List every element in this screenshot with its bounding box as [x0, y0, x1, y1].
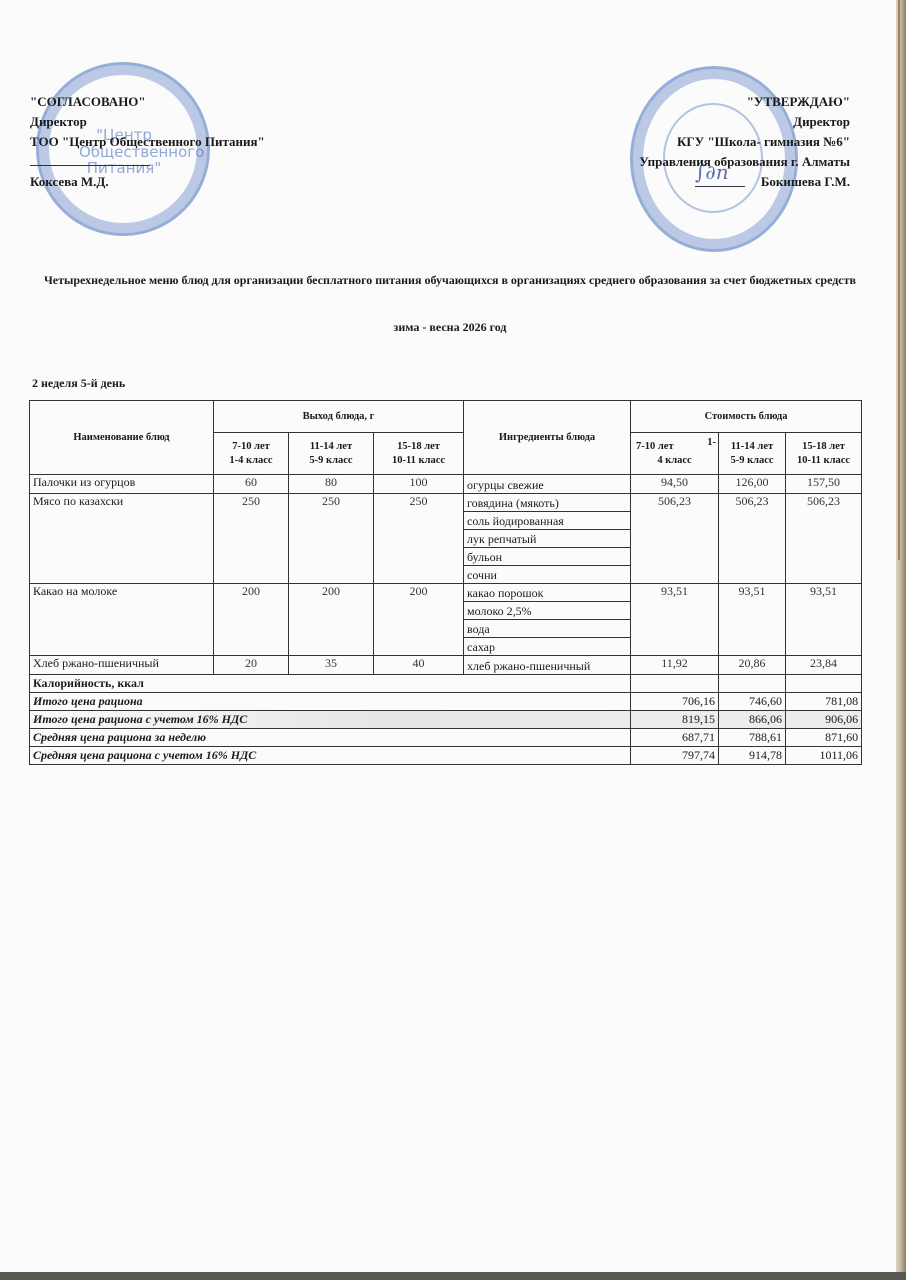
ingredient: соль йодированная: [464, 512, 631, 530]
dish-output: 250: [214, 494, 289, 584]
document-season: зима - весна 2026 год: [30, 320, 870, 335]
summary-label: Итого цена рациона: [30, 693, 631, 711]
dish-name: Хлеб ржано-пшеничный: [30, 656, 214, 675]
summary-label: Средняя цена рациона с учетом 16% НДС: [30, 747, 631, 765]
summary-label: Итого цена рациона с учетом 16% НДС: [30, 711, 631, 729]
header-cost-group-2: 11-14 лет5-9 класс: [719, 433, 786, 475]
ingredient: бульон: [464, 548, 631, 566]
dish-cost: 157,50: [786, 475, 862, 494]
document-page: "Центр Общественного Питания" "СОГЛАСОВА…: [0, 0, 896, 1272]
dish-name: Какао на молоке: [30, 584, 214, 656]
ingredient: молоко 2,5%: [464, 602, 631, 620]
dish-output: 35: [289, 656, 374, 675]
header-output: Выход блюда, г: [214, 401, 464, 433]
dish-cost: 11,92: [631, 656, 719, 675]
summary-value: 746,60: [719, 693, 786, 711]
document-title: Четырехнедельное меню блюд для организац…: [30, 270, 870, 290]
approval-left-heading: "СОГЛАСОВАНО": [30, 92, 265, 112]
signature-mark: ∫∂n: [695, 160, 745, 187]
summary-row: Калорийность, ккал: [30, 675, 862, 693]
dish-cost: 506,23: [631, 494, 719, 584]
dish-output: 250: [289, 494, 374, 584]
dish-name: Палочки из огурцов: [30, 475, 214, 494]
header-ingredients: Ингредиенты блюда: [464, 401, 631, 475]
summary-row: Итого цена рациона с учетом 16% НДС819,1…: [30, 711, 862, 729]
approval-left-block: "СОГЛАСОВАНО" Директор ТОО "Центр Общест…: [30, 92, 265, 192]
header-cost-group-3: 15-18 лет10-11 класс: [786, 433, 862, 475]
menu-table-body: Палочки из огурцов6080100огурцы свежие94…: [30, 475, 862, 765]
dish-output: 20: [214, 656, 289, 675]
header-dish-name: Наименование блюд: [30, 401, 214, 475]
table-row: Палочки из огурцов6080100огурцы свежие94…: [30, 475, 862, 494]
dish-name: Мясо по казахски: [30, 494, 214, 584]
summary-row: Итого цена рациона706,16746,60781,08: [30, 693, 862, 711]
approval-right-position: Директор: [639, 112, 850, 132]
table-row: Хлеб ржано-пшеничный203540хлеб ржано-пше…: [30, 656, 862, 675]
summary-label: Калорийность, ккал: [30, 675, 631, 693]
dish-cost: 93,51: [719, 584, 786, 656]
summary-value: 781,08: [786, 693, 862, 711]
menu-day-label: 2 неделя 5-й день: [32, 376, 125, 391]
dish-cost: 506,23: [719, 494, 786, 584]
dish-cost: 94,50: [631, 475, 719, 494]
summary-value: [719, 675, 786, 693]
dish-output: 250: [374, 494, 464, 584]
approval-left-org: ТОО "Центр Общественного Питания": [30, 132, 265, 152]
dish-output: 60: [214, 475, 289, 494]
approval-left-name: Коксева М.Д.: [30, 172, 265, 192]
summary-value: 866,06: [719, 711, 786, 729]
approval-left-position: Директор: [30, 112, 265, 132]
dish-cost: 23,84: [786, 656, 862, 675]
ingredient: какао порошок: [464, 584, 631, 602]
header-cost: Стоимость блюда: [631, 401, 862, 433]
approval-left-sign-line: [30, 152, 265, 172]
header-output-group-1: 7-10 лет1-4 класс: [214, 433, 289, 475]
dish-cost: 93,51: [631, 584, 719, 656]
header-cost-group-1: 7-10 лет1-4 класс: [631, 433, 719, 475]
summary-value: [631, 675, 719, 693]
dish-cost: 506,23: [786, 494, 862, 584]
ingredient: сочни: [464, 566, 631, 584]
table-row: Мясо по казахски250250250говядина (мякот…: [30, 494, 862, 512]
summary-value: 687,71: [631, 729, 719, 747]
dish-output: 80: [289, 475, 374, 494]
summary-row: Средняя цена рациона с учетом 16% НДС797…: [30, 747, 862, 765]
summary-value: 706,16: [631, 693, 719, 711]
dish-cost: 93,51: [786, 584, 862, 656]
ingredient: вода: [464, 620, 631, 638]
approval-right-heading: "УТВЕРЖДАЮ": [639, 92, 850, 112]
dish-output: 200: [214, 584, 289, 656]
ingredient: сахар: [464, 638, 631, 656]
dish-output: 200: [289, 584, 374, 656]
summary-value: 819,15: [631, 711, 719, 729]
dish-output: 40: [374, 656, 464, 675]
summary-row: Средняя цена рациона за неделю687,71788,…: [30, 729, 862, 747]
dish-cost: 20,86: [719, 656, 786, 675]
summary-value: 797,74: [631, 747, 719, 765]
summary-value: 906,06: [786, 711, 862, 729]
dish-cost: 126,00: [719, 475, 786, 494]
table-row: Какао на молоке200200200какао порошок93,…: [30, 584, 862, 602]
summary-value: [786, 675, 862, 693]
summary-value: 788,61: [719, 729, 786, 747]
summary-label: Средняя цена рациона за неделю: [30, 729, 631, 747]
ingredient: лук репчатый: [464, 530, 631, 548]
summary-value: 871,60: [786, 729, 862, 747]
summary-value: 1011,06: [786, 747, 862, 765]
approval-right-org: КГУ "Школа- гимназия №6": [639, 132, 850, 152]
summary-value: 914,78: [719, 747, 786, 765]
dish-output: 200: [374, 584, 464, 656]
ingredient: огурцы свежие: [464, 475, 631, 494]
menu-table: Наименование блюд Выход блюда, г Ингреди…: [29, 400, 862, 765]
header-output-group-2: 11-14 лет5-9 класс: [289, 433, 374, 475]
paper-edge-line: [898, 0, 900, 560]
dish-output: 100: [374, 475, 464, 494]
ingredient: хлеб ржано-пшеничный: [464, 656, 631, 675]
header-output-group-3: 15-18 лет10-11 класс: [374, 433, 464, 475]
ingredient: говядина (мякоть): [464, 494, 631, 512]
